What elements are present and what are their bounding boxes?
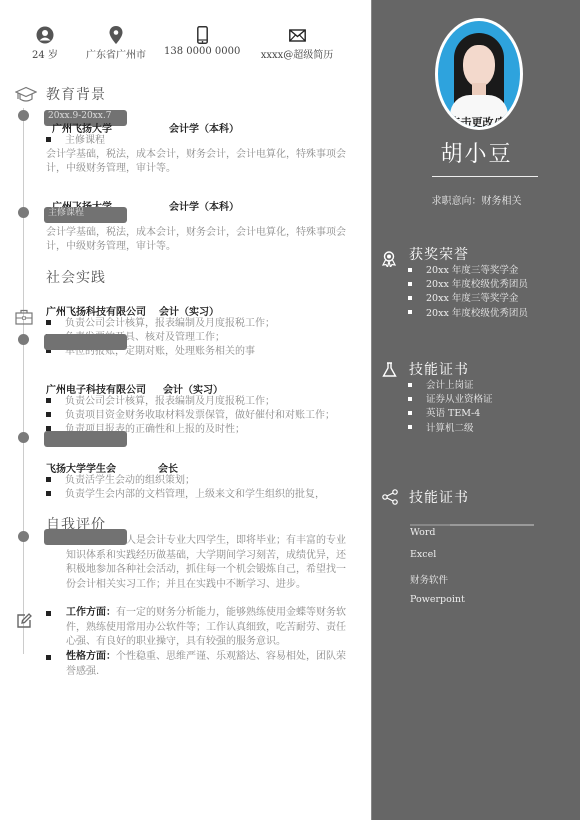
location-pin-icon (109, 26, 123, 44)
section-title-practice: 社会实践 (46, 267, 106, 287)
resume-main-column: 24 岁 广东省广州市 138 0000 0000 xxxx@超级简历 (0, 0, 370, 820)
section-title-awards: 获奖荣誉 (409, 244, 469, 264)
company-name: 广州飞扬科技有限公司 (46, 303, 146, 318)
major: 会计学（本科） (169, 120, 239, 135)
award-ribbon-icon (382, 251, 396, 267)
section-title-education: 教育背景 (46, 84, 106, 104)
contact-phone: 138 0000 0000 (164, 26, 240, 57)
certificate-item: 会计上岗证 (408, 379, 493, 393)
profile-photo[interactable]: 点击更改/替 (435, 18, 523, 130)
job-intent: 求职意向：财务相关 (372, 192, 580, 207)
date-badge (44, 529, 127, 545)
date-badge: 主修课程 (44, 207, 127, 223)
divider (432, 176, 538, 177)
timeline-dot (18, 334, 29, 345)
skill-progress-bar (410, 524, 534, 526)
award-item: 20xx 年度三等奖学金 (408, 292, 528, 306)
photo-change-watermark: 点击更改/替 (438, 114, 520, 127)
timeline-dot (18, 207, 29, 218)
certificate-item: 英语 TEM-4 (408, 407, 493, 421)
certificates-list: 会计上岗证 证券从业资格证 英语 TEM-4 计算机二级 (408, 379, 493, 436)
edit-icon (16, 613, 32, 629)
section-title-certificates: 技能证书 (409, 359, 469, 379)
duty-item: 负责项目资金财务收取材料发票保管，做好催付和对账工作； (46, 409, 346, 423)
skill-item: Powerpoint (410, 594, 465, 605)
candidate-name: 胡小豆 (372, 137, 580, 168)
envelope-icon (289, 26, 306, 44)
briefcase-icon (15, 309, 33, 325)
graduation-cap-icon (15, 86, 37, 104)
mobile-phone-icon (197, 26, 208, 44)
award-item: 20xx 年度校级优秀团员 (408, 307, 528, 321)
flask-icon (382, 362, 397, 377)
certificate-item: 计算机二级 (408, 422, 493, 436)
org-name: 飞扬大学学生会 (46, 460, 116, 475)
timeline-dot (18, 110, 29, 121)
company-name: 广州电子科技有限公司 (46, 381, 146, 396)
awards-list: 20xx 年度三等奖学金 20xx 年度校级优秀团员 20xx 年度三等奖学金 … (408, 264, 528, 321)
user-circle-icon (36, 26, 54, 44)
timeline-dot (18, 432, 29, 443)
certificate-item: 证券从业资格证 (408, 393, 493, 407)
resume-sidebar: 点击更改/替 胡小豆 求职意向：财务相关 获奖荣誉 20xx 年度三等奖学金 2… (371, 0, 580, 820)
contact-row: 24 岁 广东省广州市 138 0000 0000 xxxx@超级简历 (0, 26, 370, 66)
self-eval-personality: 性格方面：个性稳重、思维严谨、乐观豁达、容易相处，团队荣誉感强. (46, 650, 346, 679)
duty-item: 负责公司会计核算，报表编制及月度报税工作； (46, 317, 346, 331)
skill-item: Word (410, 527, 435, 538)
contact-age: 24 岁 (30, 26, 60, 61)
contact-email: xxxx@超级简历 (258, 26, 336, 61)
skill-item: Excel (410, 549, 436, 560)
photo-image: 点击更改/替 (438, 21, 520, 127)
share-icon (382, 489, 398, 505)
skill-item: 财务软件 (410, 572, 448, 586)
date-badge (44, 431, 127, 447)
award-item: 20xx 年度三等奖学金 (408, 264, 528, 278)
job-role: 会长 (158, 460, 178, 475)
timeline-dot (18, 531, 29, 542)
course-bullet: 主修课程 (46, 134, 346, 148)
section-title-skills: 技能证书 (409, 487, 469, 507)
self-eval-work: 工作方面：有一定的财务分析能力，能够熟练使用金蝶等财务软件，熟练使用常用办公软件… (46, 606, 346, 650)
school-name: 广州飞扬大学 (52, 120, 112, 135)
major: 会计学（本科） (169, 198, 239, 213)
award-item: 20xx 年度校级优秀团员 (408, 278, 528, 292)
contact-location: 广东省广州市 (84, 26, 148, 61)
date-badge (44, 334, 127, 350)
timeline-line (23, 108, 24, 654)
course-description: 会计学基础，税法，成本会计，财务会计，会计电算化，特殊事项会计，中级财务管理，审… (46, 148, 346, 176)
duty-item: 负责公司会计核算，报表编制及月度报税工作； (46, 395, 346, 409)
job-role: 会计（实习） (159, 303, 219, 318)
duty-item: 负责活学生会动的组织策划； (46, 474, 346, 488)
duty-item: 负责学生会内部的文档管理，上级来文和学生组织的批复， (46, 488, 346, 502)
job-role: 会计（实习） (163, 381, 223, 396)
course-description: 会计学基础，税法，成本会计，财务会计，会计电算化，特殊事项会计，中级财务管理，审… (46, 226, 346, 254)
